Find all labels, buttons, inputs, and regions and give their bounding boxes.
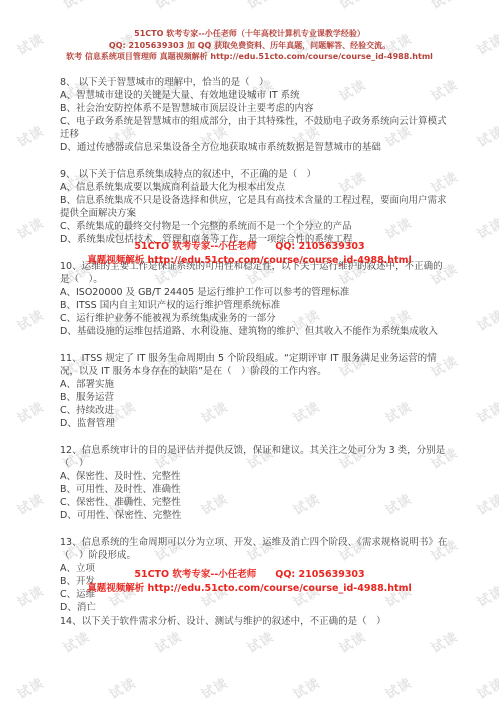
question-9: 9、 以下关于信息系统集成特点的叙述中，不正确的是（ ） A、信息系统集成要以集…	[60, 168, 451, 246]
promo-overlay-2: 51CTO 软考专家--小任老师 QQ: 2105639303 真题视频解析 h…	[0, 568, 499, 596]
trial-watermark: 试读	[473, 396, 499, 426]
trial-watermark: 试读	[151, 626, 185, 656]
trial-watermark: 试读	[381, 672, 415, 702]
trial-watermark: 试读	[0, 534, 1, 564]
promo-overlay-line-1: 51CTO 软考专家--小任老师 QQ: 2105639303	[0, 240, 499, 254]
trial-watermark: 试读	[473, 672, 499, 702]
question-option: C、电子政务系统是智慧城市的组成部分，由于其特殊性，不鼓励电子政务系统向云计算模…	[60, 115, 451, 141]
question-option: A、ISO20000 及 GB/T 24405 是运行维护工作可以参考的管理标准	[60, 286, 451, 299]
question-stem: 11、ITSS 规定了 IT 服务生命周期由 5 个阶段组成。“定期评审 IT …	[60, 352, 451, 378]
question-11: 11、ITSS 规定了 IT 服务生命周期由 5 个阶段组成。“定期评审 IT …	[60, 352, 451, 430]
trial-watermark: 试读	[243, 0, 277, 13]
trial-watermark: 试读	[59, 626, 93, 656]
trial-watermark: 试读	[0, 350, 1, 380]
promo-overlay-line-2: 真题视频解析 http://edu.51cto.com/course/cours…	[0, 582, 499, 596]
question-option: D、监督管理	[60, 417, 451, 430]
trial-watermark: 试读	[0, 166, 1, 196]
question-option: A、信息系统集成要以集成商利益最大化为根本出发点	[60, 181, 451, 194]
question-option: C、系统集成的最终交付物是一个完整的系统而不是一个个分立的产品	[60, 220, 451, 233]
question-option: B、信息系统集成不只是设备选择和供应，它是具有高技术含量的工程过程，要面向用户需…	[60, 194, 451, 220]
trial-watermark: 试读	[243, 626, 277, 656]
question-stem: 12、信息系统审计的目的是评估并提供反馈，保证和建议。其关注之处可分为 3 类，…	[60, 444, 451, 457]
question-stem: 8、 以下关于智慧城市的理解中，恰当的是（ ）	[60, 76, 451, 89]
trial-watermark: 试读	[473, 304, 499, 334]
trial-watermark: 试读	[473, 212, 499, 242]
question-option: B、社会治安防控体系不是智慧城市顶层设计主要考虑的内容	[60, 102, 451, 115]
question-option: D、基础设施的运维包括道路、水利设施、建筑物的维护、但其收入不能作为系统集成收入	[60, 325, 451, 338]
trial-watermark: 试读	[289, 672, 323, 702]
trial-watermark: 试读	[13, 672, 47, 702]
question-12: 12、信息系统审计的目的是评估并提供反馈，保证和建议。其关注之处可分为 3 类，…	[60, 444, 451, 522]
trial-watermark: 试读	[427, 0, 461, 13]
trial-watermark: 试读	[13, 488, 47, 518]
question-stem: 9、 以下关于信息系统集成特点的叙述中，不正确的是（ ）	[60, 168, 451, 181]
question-stem: 14、以下关于软件需求分析、设计、测试与维护的叙述中，不正确的是（ ）	[60, 615, 451, 628]
trial-watermark: 试读	[151, 0, 185, 13]
question-14: 14、以下关于软件需求分析、设计、测试与维护的叙述中，不正确的是（ ）	[60, 615, 451, 628]
question-option: A、智慧城市建设的关键是大量、有效地建设城市 IT 系统	[60, 89, 451, 102]
trial-watermark: 试读	[13, 120, 47, 150]
trial-watermark: 试读	[197, 672, 231, 702]
question-option: C、运行维护业务不能被视为系统集成业务的一部分	[60, 312, 451, 325]
trial-watermark: 试读	[13, 212, 47, 242]
question-option: D、通过传感器或信息采集设备全方位地获取城市系统数据是智慧城市的基础	[60, 141, 451, 154]
question-stem: 13、信息系统的生命周期可以分为立项、开发、运维及消亡四个阶段、《需求规格说明书…	[60, 536, 451, 562]
promo-overlay-1: 51CTO 软考专家--小任老师 QQ: 2105639303 真题视频解析 h…	[0, 240, 499, 268]
header-line-3: 软考 信息系统项目管理师 真题视频解析 http://edu.51cto.com…	[0, 51, 499, 63]
header-line-2: QQ: 2105639303 加 QQ 获取免费资料、历年真题，问题解答、经验交…	[0, 40, 499, 52]
trial-watermark: 试读	[473, 488, 499, 518]
question-8: 8、 以下关于智慧城市的理解中，恰当的是（ ） A、智慧城市建设的关键是大量、有…	[60, 76, 451, 154]
question-option: D、可用性、保密性、完整性	[60, 509, 451, 522]
question-option: B、可用性、及时性、准确性	[60, 483, 451, 496]
questions-area: 8、 以下关于智慧城市的理解中，恰当的是（ ） A、智慧城市建设的关键是大量、有…	[60, 76, 451, 628]
question-10: 10、运维的主要工作是保证系统的可用性和稳定性，以下关于运行维护的叙述中，不正确…	[60, 260, 451, 338]
question-option: A、部署实施	[60, 378, 451, 391]
trial-watermark: 试读	[105, 672, 139, 702]
trial-watermark: 试读	[0, 74, 1, 104]
trial-watermark: 试读	[13, 396, 47, 426]
trial-watermark: 试读	[473, 120, 499, 150]
trial-watermark: 试读	[0, 0, 1, 13]
header-line-1: 51CTO 软考专家--小任老师（十年高校计算机专业课教学经验）	[0, 28, 499, 40]
promo-overlay-line-2: 真题视频解析 http://edu.51cto.com/course/cours…	[0, 254, 499, 268]
question-option: D、消亡	[60, 601, 451, 614]
trial-watermark: 试读	[59, 0, 93, 13]
promo-overlay-line-1: 51CTO 软考专家--小任老师 QQ: 2105639303	[0, 568, 499, 582]
question-option: B、服务运营	[60, 391, 451, 404]
trial-watermark: 试读	[0, 442, 1, 472]
trial-watermark: 试读	[335, 626, 369, 656]
question-option: C、持续改进	[60, 404, 451, 417]
question-option: B、ITSS 国内自主知识产权的运行维护管理系统标准	[60, 299, 451, 312]
trial-watermark: 试读	[335, 0, 369, 13]
question-option: A、保密性、及时性、完整性	[60, 470, 451, 483]
trial-watermark: 试读	[427, 626, 461, 656]
document-page: 试读试读试读试读试读试读试读试读试读试读试读试读试读试读试读试读试读试读试读试读…	[0, 0, 499, 706]
trial-watermark: 试读	[0, 626, 1, 656]
document-header: 51CTO 软考专家--小任老师（十年高校计算机专业课教学经验） QQ: 210…	[0, 28, 499, 63]
question-option: C、保密性、准确性、完整性	[60, 496, 451, 509]
question-stem-continued: （ ）	[60, 457, 451, 470]
trial-watermark: 试读	[13, 304, 47, 334]
